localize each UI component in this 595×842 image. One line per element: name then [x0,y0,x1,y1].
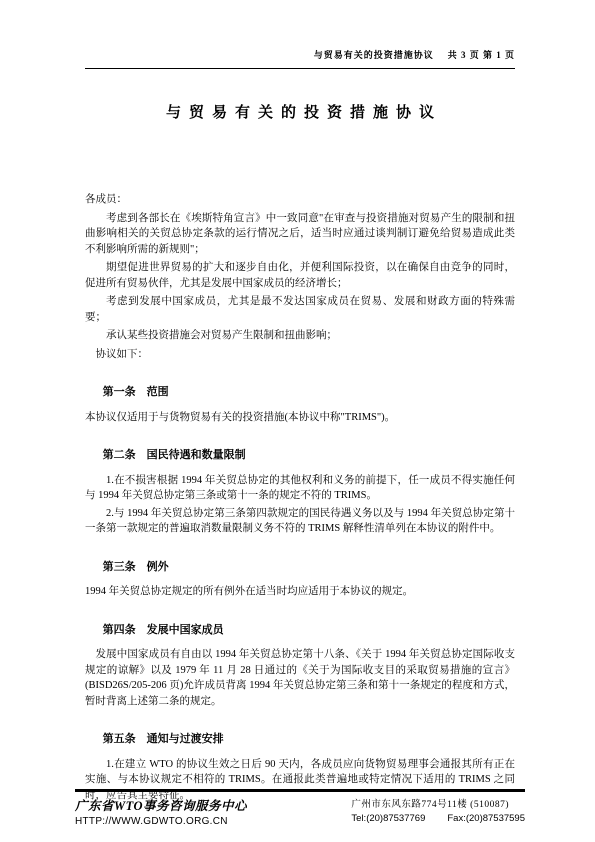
footer-address: 广州市东风东路774号11楼 (510087) [351,796,525,810]
article-2-heading: 第二条 国民待遇和数量限制 [85,448,515,464]
article-4-paragraph: 发展中国家成员有自由以 1994 年关贸总协定第十八条、《关于 1994 年关贸… [85,647,515,709]
footer-fax: Fax:(20)87537595 [447,813,525,824]
footer-right: 广州市东风东路774号11楼 (510087) Tel:(20)87537769… [351,796,525,824]
header-doc-title: 与贸易有关的投资措施协议 [314,50,434,60]
preamble-paragraph: 期望促进世界贸易的扩大和逐步自由化，并便利国际投资，以在确保自由竞争的同时，促进… [85,260,515,291]
article-2-paragraph: 1.在不损害根据 1994 年关贸总协定的其他权利和义务的前提下，任一成员不得实… [85,473,515,504]
preamble-paragraph: 考虑到各部长在《埃斯特角宣言》中一致同意"在审查与投资措施对贸易产生的限制和扭曲… [85,211,515,258]
article-2: 第二条 国民待遇和数量限制 1.在不损害根据 1994 年关贸总协定的其他权利和… [85,448,515,537]
preamble-paragraph: 考虑到发展中国家成员，尤其是最不发达国家成员在贸易、发展和财政方面的特殊需要； [85,294,515,325]
footer-telfax: Tel:(20)87537769Fax:(20)87537595 [351,813,525,824]
footer-website: HTTP://WWW.GDWTO.ORG.CN [75,816,247,827]
article-3: 第三条 例外 1994 年关贸总协定规定的所有例外在适当时均应适用于本协议的规定… [85,560,515,600]
footer-org-name: 广东省WTO事务咨询服务中心 [75,796,247,814]
page-footer: 广东省WTO事务咨询服务中心 HTTP://WWW.GDWTO.ORG.CN 广… [75,789,525,827]
document-page: 与贸易有关的投资措施协议共 3 页 第 1 页 与贸易有关的投资措施协议 各成员… [0,0,595,842]
article-3-heading: 第三条 例外 [85,560,515,576]
page-content: 与贸易有关的投资措施协议共 3 页 第 1 页 与贸易有关的投资措施协议 各成员… [85,0,515,803]
article-1-heading: 第一条 范围 [85,385,515,401]
header-page-info: 共 3 页 第 1 页 [448,50,515,60]
article-1: 第一条 范围 本协议仅适用于与货物贸易有关的投资措施(本协议中称"TRIMS")… [85,385,515,425]
preamble-paragraph: 协议如下： [85,347,515,363]
footer-left: 广东省WTO事务咨询服务中心 HTTP://WWW.GDWTO.ORG.CN [75,796,247,827]
preamble-salutation: 各成员： [85,192,515,208]
running-header: 与贸易有关的投资措施协议共 3 页 第 1 页 [85,0,515,69]
page-title: 与贸易有关的投资措施协议 [85,101,515,122]
article-4-heading: 第四条 发展中国家成员 [85,623,515,639]
preamble-paragraph: 承认某些投资措施会对贸易产生限制和扭曲影响； [85,328,515,344]
article-4: 第四条 发展中国家成员 发展中国家成员有自由以 1994 年关贸总协定第十八条、… [85,623,515,710]
article-3-paragraph: 1994 年关贸总协定规定的所有例外在适当时均应适用于本协议的规定。 [85,584,515,600]
article-1-paragraph: 本协议仅适用于与货物贸易有关的投资措施(本协议中称"TRIMS")。 [85,410,515,426]
article-5-heading: 第五条 通知与过渡安排 [85,732,515,748]
footer-tel: Tel:(20)87537769 [351,813,425,824]
article-2-paragraph: 2.与 1994 年关贸总协定第三条第四款规定的国民待遇义务以及与 1994 年… [85,506,515,537]
preamble: 各成员： 考虑到各部长在《埃斯特角宣言》中一致同意"在审查与投资措施对贸易产生的… [85,192,515,362]
